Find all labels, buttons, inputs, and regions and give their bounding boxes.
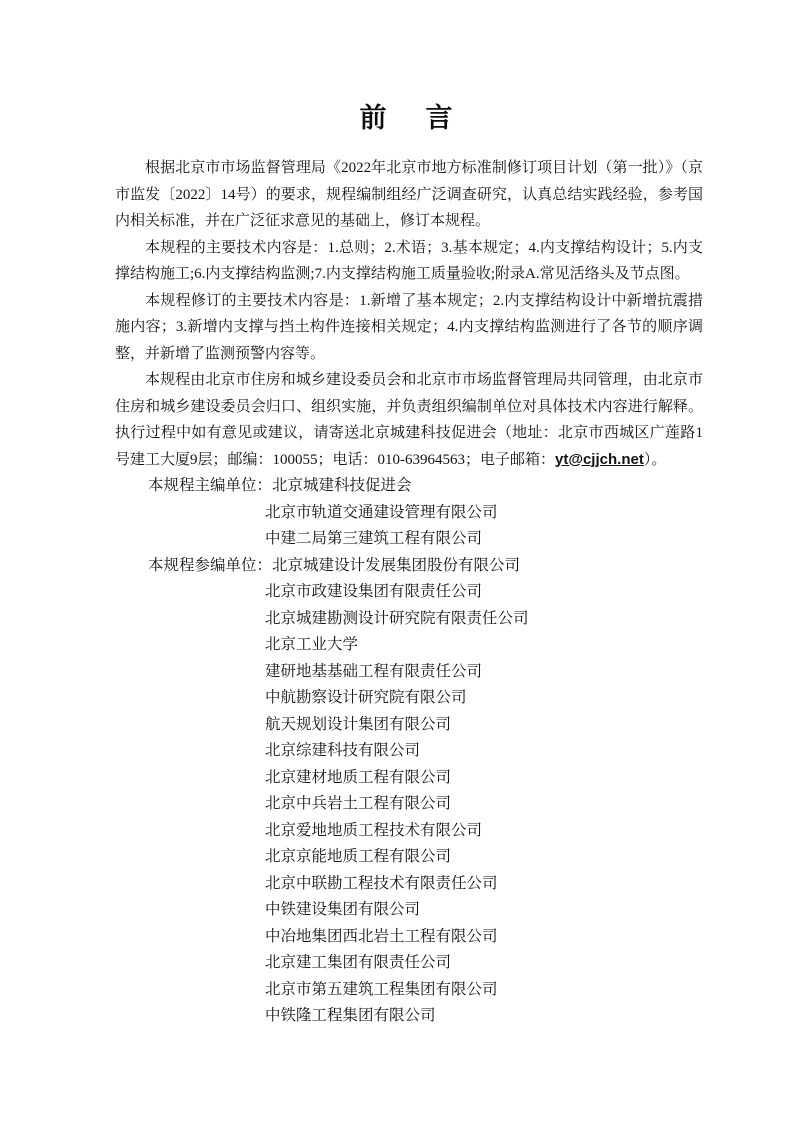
unit-name: 北京中联勘工程技术有限责任公司 <box>265 871 703 898</box>
participating-unit-row: 中冶地集团西北岩土工程有限公司 <box>115 924 703 951</box>
unit-name: 中冶地集团西北岩土工程有限公司 <box>265 924 703 951</box>
document-body: 根据北京市市场监督管理局《2022年北京市地方标准制修订项目计划（第一批）》（京… <box>115 155 703 1030</box>
participating-unit-row: 中铁建设集团有限公司 <box>115 897 703 924</box>
unit-name: 北京京能地质工程有限公司 <box>265 844 703 871</box>
participating-unit-row: 北京综建科技有限公司 <box>115 738 703 765</box>
participating-unit-row: 北京爱地地质工程技术有限公司 <box>115 818 703 845</box>
unit-name: 北京建工集团有限责任公司 <box>265 950 703 977</box>
chief-unit-row: 北京市轨道交通建设管理有限公司 <box>115 500 703 527</box>
management-text-after-email: ）。 <box>644 452 667 468</box>
participating-unit-row: 北京市第五建筑工程集团有限公司 <box>115 977 703 1004</box>
participating-unit-row: 航天规划设计集团有限公司 <box>115 712 703 739</box>
unit-name: 中铁建设集团有限公司 <box>265 897 703 924</box>
participating-unit-row: 北京中兵岩土工程有限公司 <box>115 791 703 818</box>
email-link[interactable]: yt@cjjch.net <box>555 451 644 468</box>
paragraph-revision-contents: 本规程修订的主要技术内容是：1.新增了基本规定；2.内支撑结构设计中新增抗震措施… <box>115 288 703 368</box>
participating-unit-row: 北京城建勘测设计研究院有限责任公司 <box>115 606 703 633</box>
participating-unit-row: 中铁隆工程集团有限公司 <box>115 1003 703 1030</box>
unit-name: 建研地基基础工程有限责任公司 <box>265 659 703 686</box>
chief-editor-units-label: 本规程主编单位： <box>148 473 272 500</box>
unit-name: 北京市第五建筑工程集团有限公司 <box>265 977 703 1004</box>
paragraph-basis: 根据北京市市场监督管理局《2022年北京市地方标准制修订项目计划（第一批）》（京… <box>115 155 703 235</box>
unit-name: 北京爱地地质工程技术有限公司 <box>265 818 703 845</box>
unit-name: 航天规划设计集团有限公司 <box>265 712 703 739</box>
document-page: 前 言 根据北京市市场监督管理局《2022年北京市地方标准制修订项目计划（第一批… <box>0 0 800 1133</box>
units-list: 本规程主编单位： 北京城建科技促进会 北京市轨道交通建设管理有限公司 中建二局第… <box>115 473 703 1030</box>
unit-name: 中铁隆工程集团有限公司 <box>265 1003 703 1030</box>
unit-name: 北京综建科技有限公司 <box>265 738 703 765</box>
participating-unit-row: 本规程参编单位： 北京城建设计发展集团股份有限公司 <box>115 553 703 580</box>
participating-unit-row: 北京市政建设集团有限责任公司 <box>115 579 703 606</box>
unit-name: 北京中兵岩土工程有限公司 <box>265 791 703 818</box>
participating-unit-row: 中航勘察设计研究院有限公司 <box>115 685 703 712</box>
participating-unit-row: 建研地基基础工程有限责任公司 <box>115 659 703 686</box>
participating-unit-row: 北京中联勘工程技术有限责任公司 <box>115 871 703 898</box>
participating-unit-row: 北京建工集团有限责任公司 <box>115 950 703 977</box>
unit-name: 北京城建科技促进会 <box>272 473 703 500</box>
paragraph-management: 本规程由北京市住房和城乡建设委员会和北京市市场监督管理局共同管理，由北京市住房和… <box>115 367 703 473</box>
unit-name: 中航勘察设计研究院有限公司 <box>265 685 703 712</box>
paragraph-main-contents: 本规程的主要技术内容是：1.总则；2.术语；3.基本规定；4.内支撑结构设计；5… <box>115 235 703 288</box>
unit-name: 中建二局第三建筑工程有限公司 <box>265 526 703 553</box>
participating-unit-row: 北京建材地质工程有限公司 <box>115 765 703 792</box>
unit-name: 北京工业大学 <box>265 632 703 659</box>
unit-name: 北京市政建设集团有限责任公司 <box>265 579 703 606</box>
participating-unit-row: 北京工业大学 <box>115 632 703 659</box>
chief-unit-row: 中建二局第三建筑工程有限公司 <box>115 526 703 553</box>
chief-unit-row: 本规程主编单位： 北京城建科技促进会 <box>115 473 703 500</box>
participating-unit-row: 北京京能地质工程有限公司 <box>115 844 703 871</box>
unit-name: 北京建材地质工程有限公司 <box>265 765 703 792</box>
participating-units-label: 本规程参编单位： <box>148 553 272 580</box>
unit-name: 北京城建勘测设计研究院有限责任公司 <box>265 606 703 633</box>
page-title: 前 言 <box>115 103 703 133</box>
unit-name: 北京城建设计发展集团股份有限公司 <box>272 553 703 580</box>
unit-name: 北京市轨道交通建设管理有限公司 <box>265 500 703 527</box>
